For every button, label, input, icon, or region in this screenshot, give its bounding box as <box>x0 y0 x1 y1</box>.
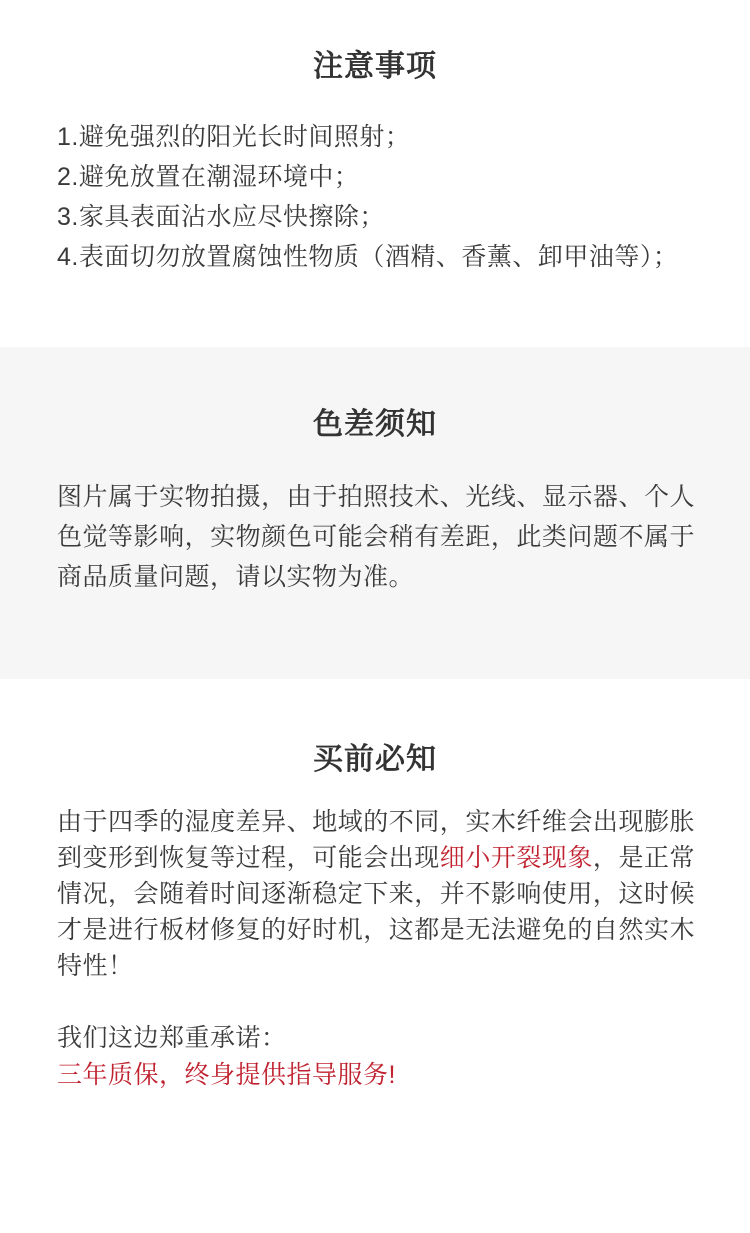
section-color-difference: 色差须知 图片属于实物拍摄，由于拍照技术、光线、显示器、个人色觉等影响，实物颜色… <box>0 347 750 679</box>
precautions-list: 1.避免强烈的阳光长时间照射； 2.避免放置在潮湿环境中； 3.家具表面沾水应尽… <box>0 117 750 277</box>
promise-label: 我们这边郑重承诺： <box>0 1020 750 1056</box>
list-item: 2.避免放置在潮湿环境中； <box>57 157 710 197</box>
list-item: 4.表面切勿放置腐蚀性物质（酒精、香薰、卸甲油等）； <box>57 237 710 277</box>
pre-purchase-body: 由于四季的湿度差异、地域的不同，实木纤维会出现膨胀到变形到恢复等过程，可能会出现… <box>0 804 750 984</box>
list-item: 1.避免强烈的阳光长时间照射； <box>57 117 710 157</box>
section-precautions: 注意事项 1.避免强烈的阳光长时间照射； 2.避免放置在潮湿环境中； 3.家具表… <box>0 0 750 277</box>
color-difference-body: 图片属于实物拍摄，由于拍照技术、光线、显示器、个人色觉等影响，实物颜色可能会稍有… <box>0 477 750 597</box>
promise-warranty-text: 三年质保，终身提供指导服务! <box>0 1056 750 1094</box>
product-detail-page: 注意事项 1.避免强烈的阳光长时间照射； 2.避免放置在潮湿环境中； 3.家具表… <box>0 0 750 1233</box>
precautions-title: 注意事项 <box>0 48 750 86</box>
body-highlight-red: 细小开裂现象 <box>440 844 593 872</box>
color-difference-title: 色差须知 <box>0 405 750 445</box>
section-pre-purchase: 买前必知 由于四季的湿度差异、地域的不同，实木纤维会出现膨胀到变形到恢复等过程，… <box>0 679 750 1094</box>
pre-purchase-title: 买前必知 <box>0 740 750 780</box>
list-item: 3.家具表面沾水应尽快擦除； <box>57 197 710 237</box>
